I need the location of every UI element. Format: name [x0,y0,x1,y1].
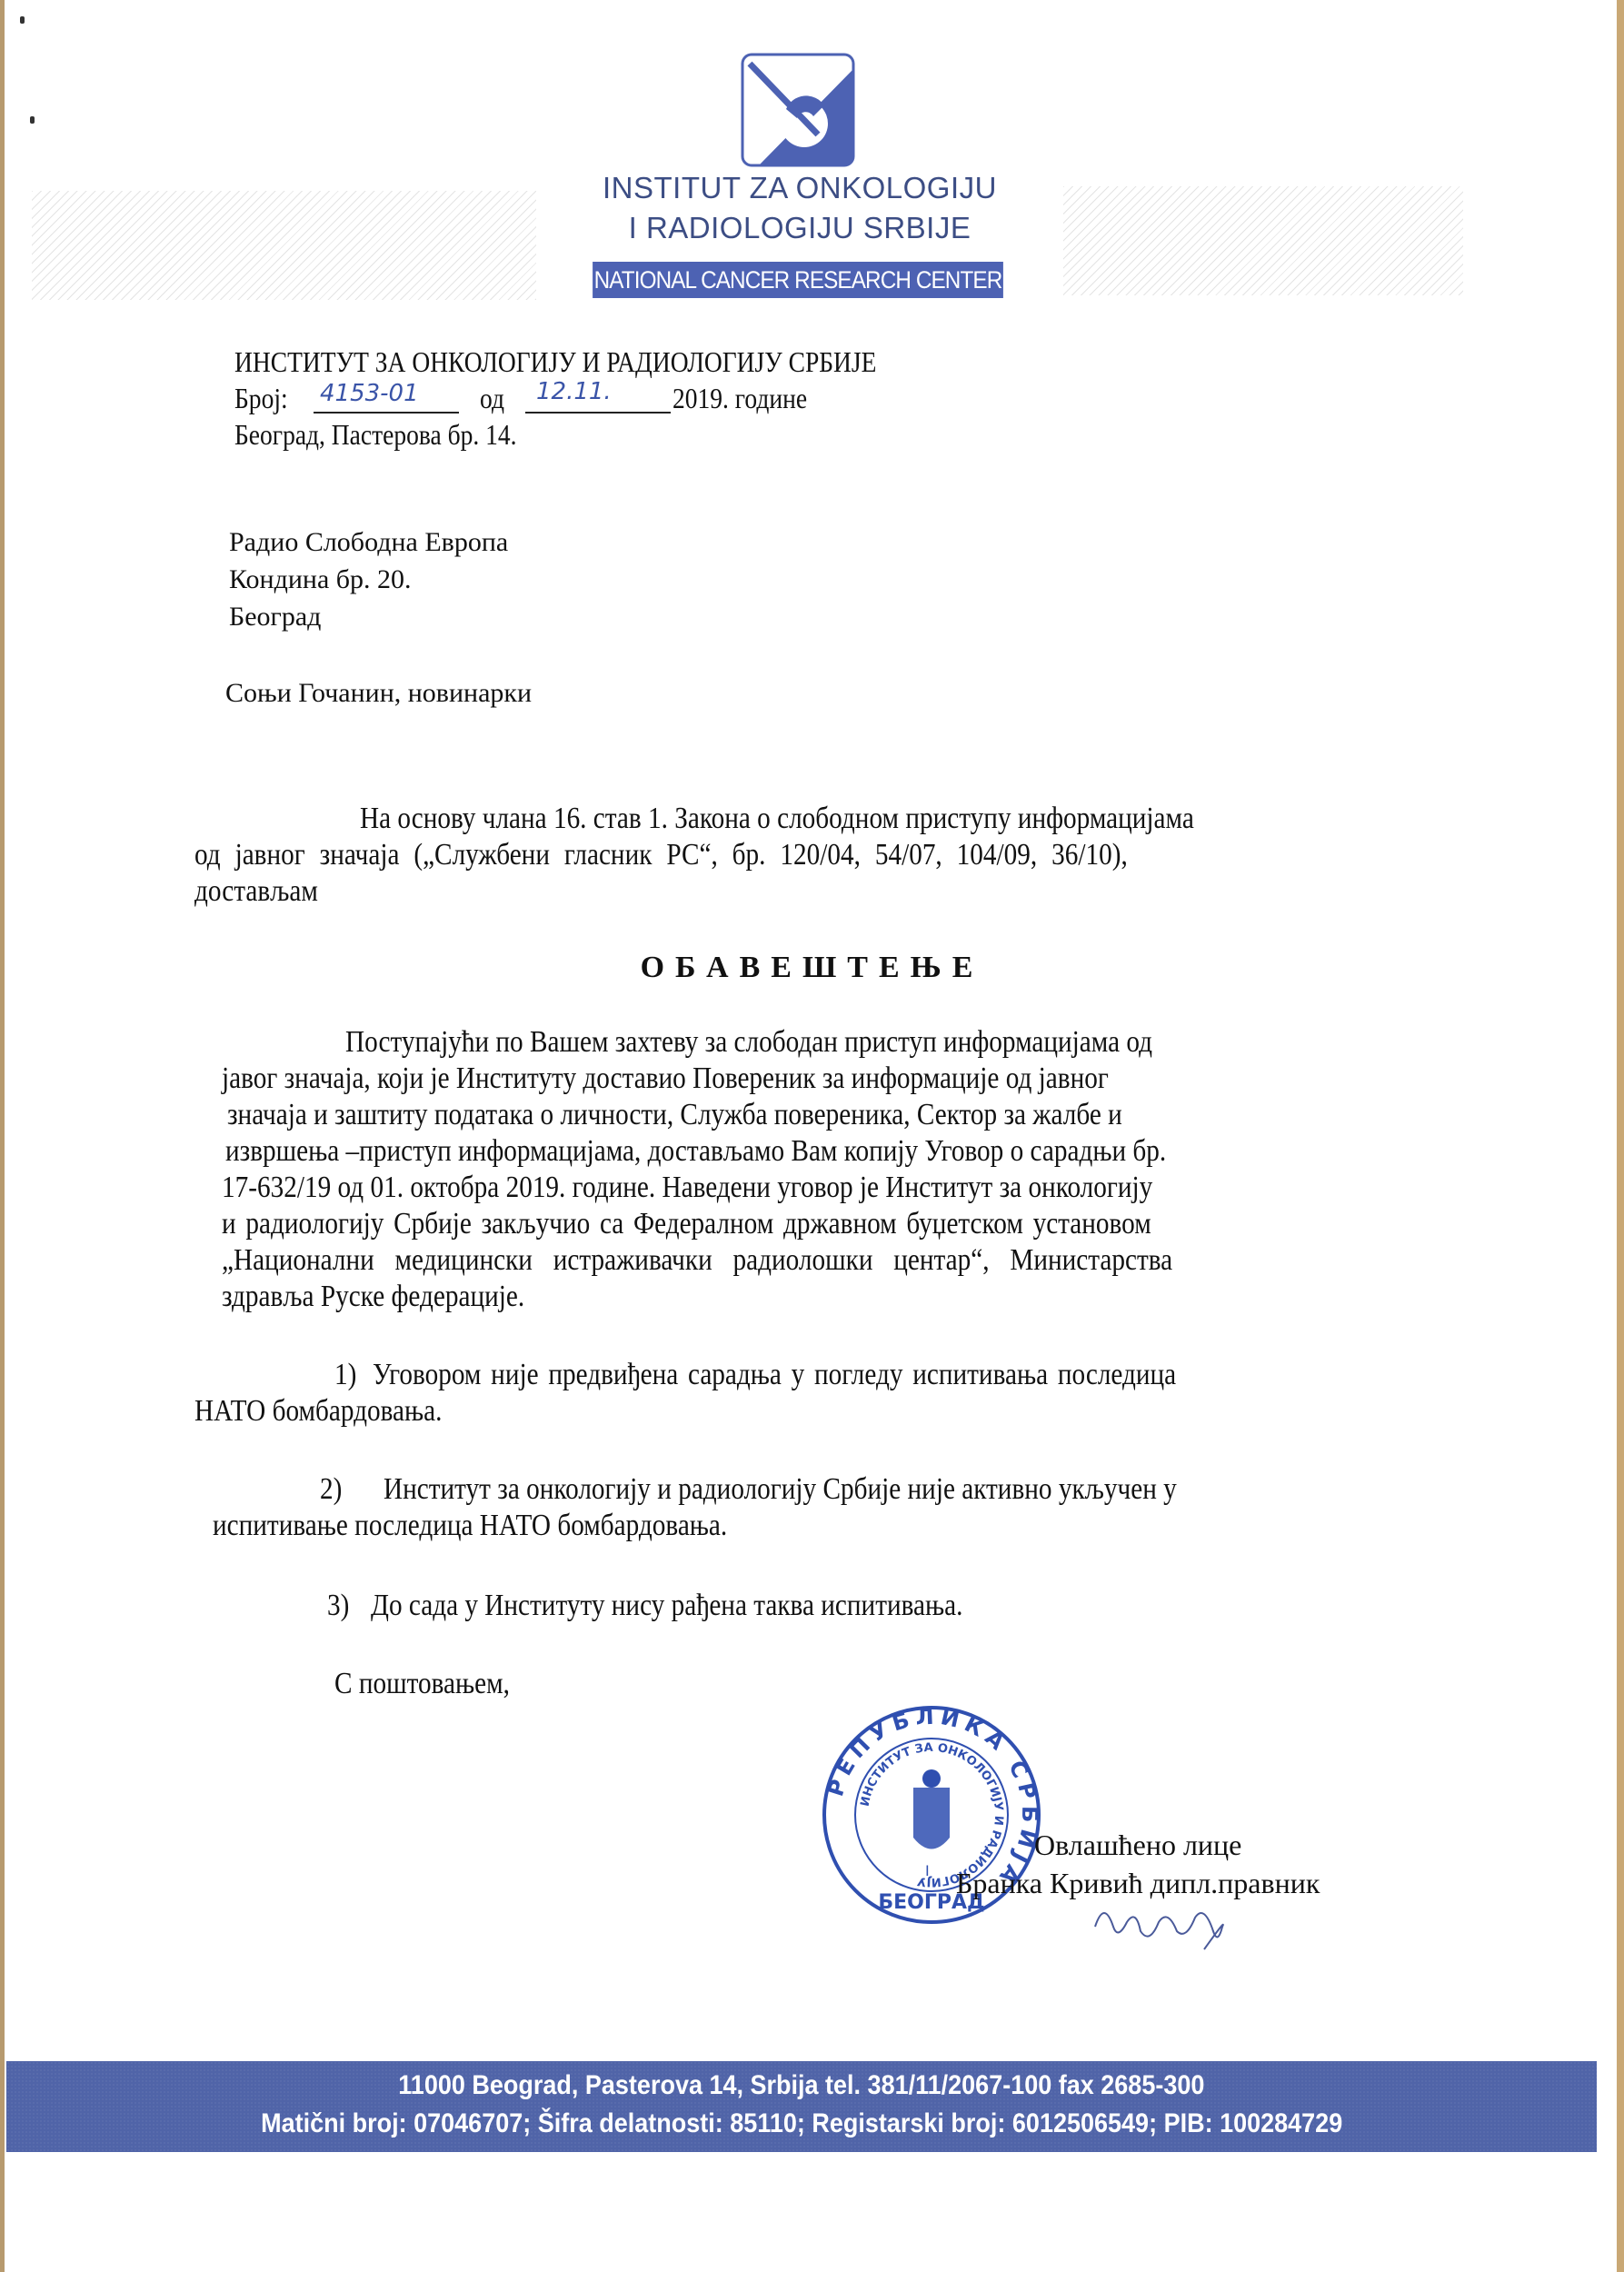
date-label: од [480,382,504,415]
footer-address: 11000 Beograd, Pasterova 14, Srbija tel.… [398,2070,1204,2101]
logo-text-line1: INSTITUT ZA ONKOLOGIJU [527,171,1072,205]
paper-edge-left [0,0,5,2272]
point-1-text: Уговором није предвиђена сарадња у погле… [373,1358,1176,1392]
point-2-number: 2) [320,1472,342,1507]
scan-speck [30,116,35,124]
recipient-attention: Соњи Гочанин, новинарки [225,678,532,709]
paper-edge-right [1617,0,1624,2272]
point-1-text-cont: НАТО бомбардовања. [194,1394,442,1429]
handwritten-signature-icon [1086,1890,1250,1954]
body-line: здравља Руске федерације. [222,1280,524,1314]
recipient-line1: Радио Слободна Европа [229,527,508,558]
date-handwritten: 12.11. [536,378,612,405]
closing-text: С поштовањем, [334,1667,510,1701]
intro-line3: достављам [194,874,318,909]
number-handwritten: 4153-01 [320,380,419,407]
logo-text-line2: I RADIOLOGIJU SRBIJE [527,211,1072,245]
institute-logo-icon [741,53,855,167]
intro-line2: од јавног значаја („Службени гласник РС“… [194,838,1128,872]
body-line: значаја и заштиту података о личности, С… [227,1098,1122,1132]
document-title: ОБАВЕШТЕЊЕ [0,951,1624,985]
scan-speck [20,16,25,24]
signatory-role: Овлашћено лице [1034,1829,1241,1862]
svg-text:I: I [925,1862,930,1879]
number-label: Број: [234,382,288,415]
body-line: јавог значаја, који је Институту достави… [222,1061,1109,1096]
footer-registration: Matični broj: 07046707; Šifra delatnosti… [261,2108,1342,2139]
point-3-number: 3) [327,1589,349,1623]
body-line: извршења –приступ информацијама, достављ… [225,1134,1166,1169]
recipient-line3: Београд [229,602,321,633]
point-1-number: 1) [334,1358,356,1392]
body-line: „Национални медицински истраживачки ради… [222,1243,1172,1278]
date-underline [525,412,671,414]
point-2-text: Институт за онкологију и радиологију Срб… [384,1472,1177,1507]
number-underline [314,412,459,414]
watermark-hatch-right [1063,186,1463,295]
body-line: 17-632/19 од 01. октобра 2019. године. Н… [222,1171,1152,1205]
recipient-line2: Кондина бр. 20. [229,564,412,595]
institution-address: Београд, Пастерова бр. 14. [234,418,517,452]
intro-line1: На основу члана 16. став 1. Закона о сло… [360,802,1194,836]
body-line: и радиологију Србије закључио са Федерал… [222,1207,1151,1241]
year-text: 2019. године [673,382,807,415]
footer-contact-band: 11000 Beograd, Pasterova 14, Srbija tel.… [6,2061,1597,2152]
body-line: Поступајући по Вашем захтеву за слободан… [345,1025,1152,1060]
watermark-hatch-left [32,191,536,300]
point-3-text: До сада у Институту нису рађена таква ис… [371,1589,962,1623]
institution-name: ИНСТИТУТ ЗА ОНКОЛОГИЈУ И РАДИОЛОГИЈУ СРБ… [234,345,876,379]
logo-band: NATIONAL CANCER RESEARCH CENTER [593,262,1003,298]
point-2-text-cont: испитивање последица НАТО бомбардовања. [213,1509,727,1543]
